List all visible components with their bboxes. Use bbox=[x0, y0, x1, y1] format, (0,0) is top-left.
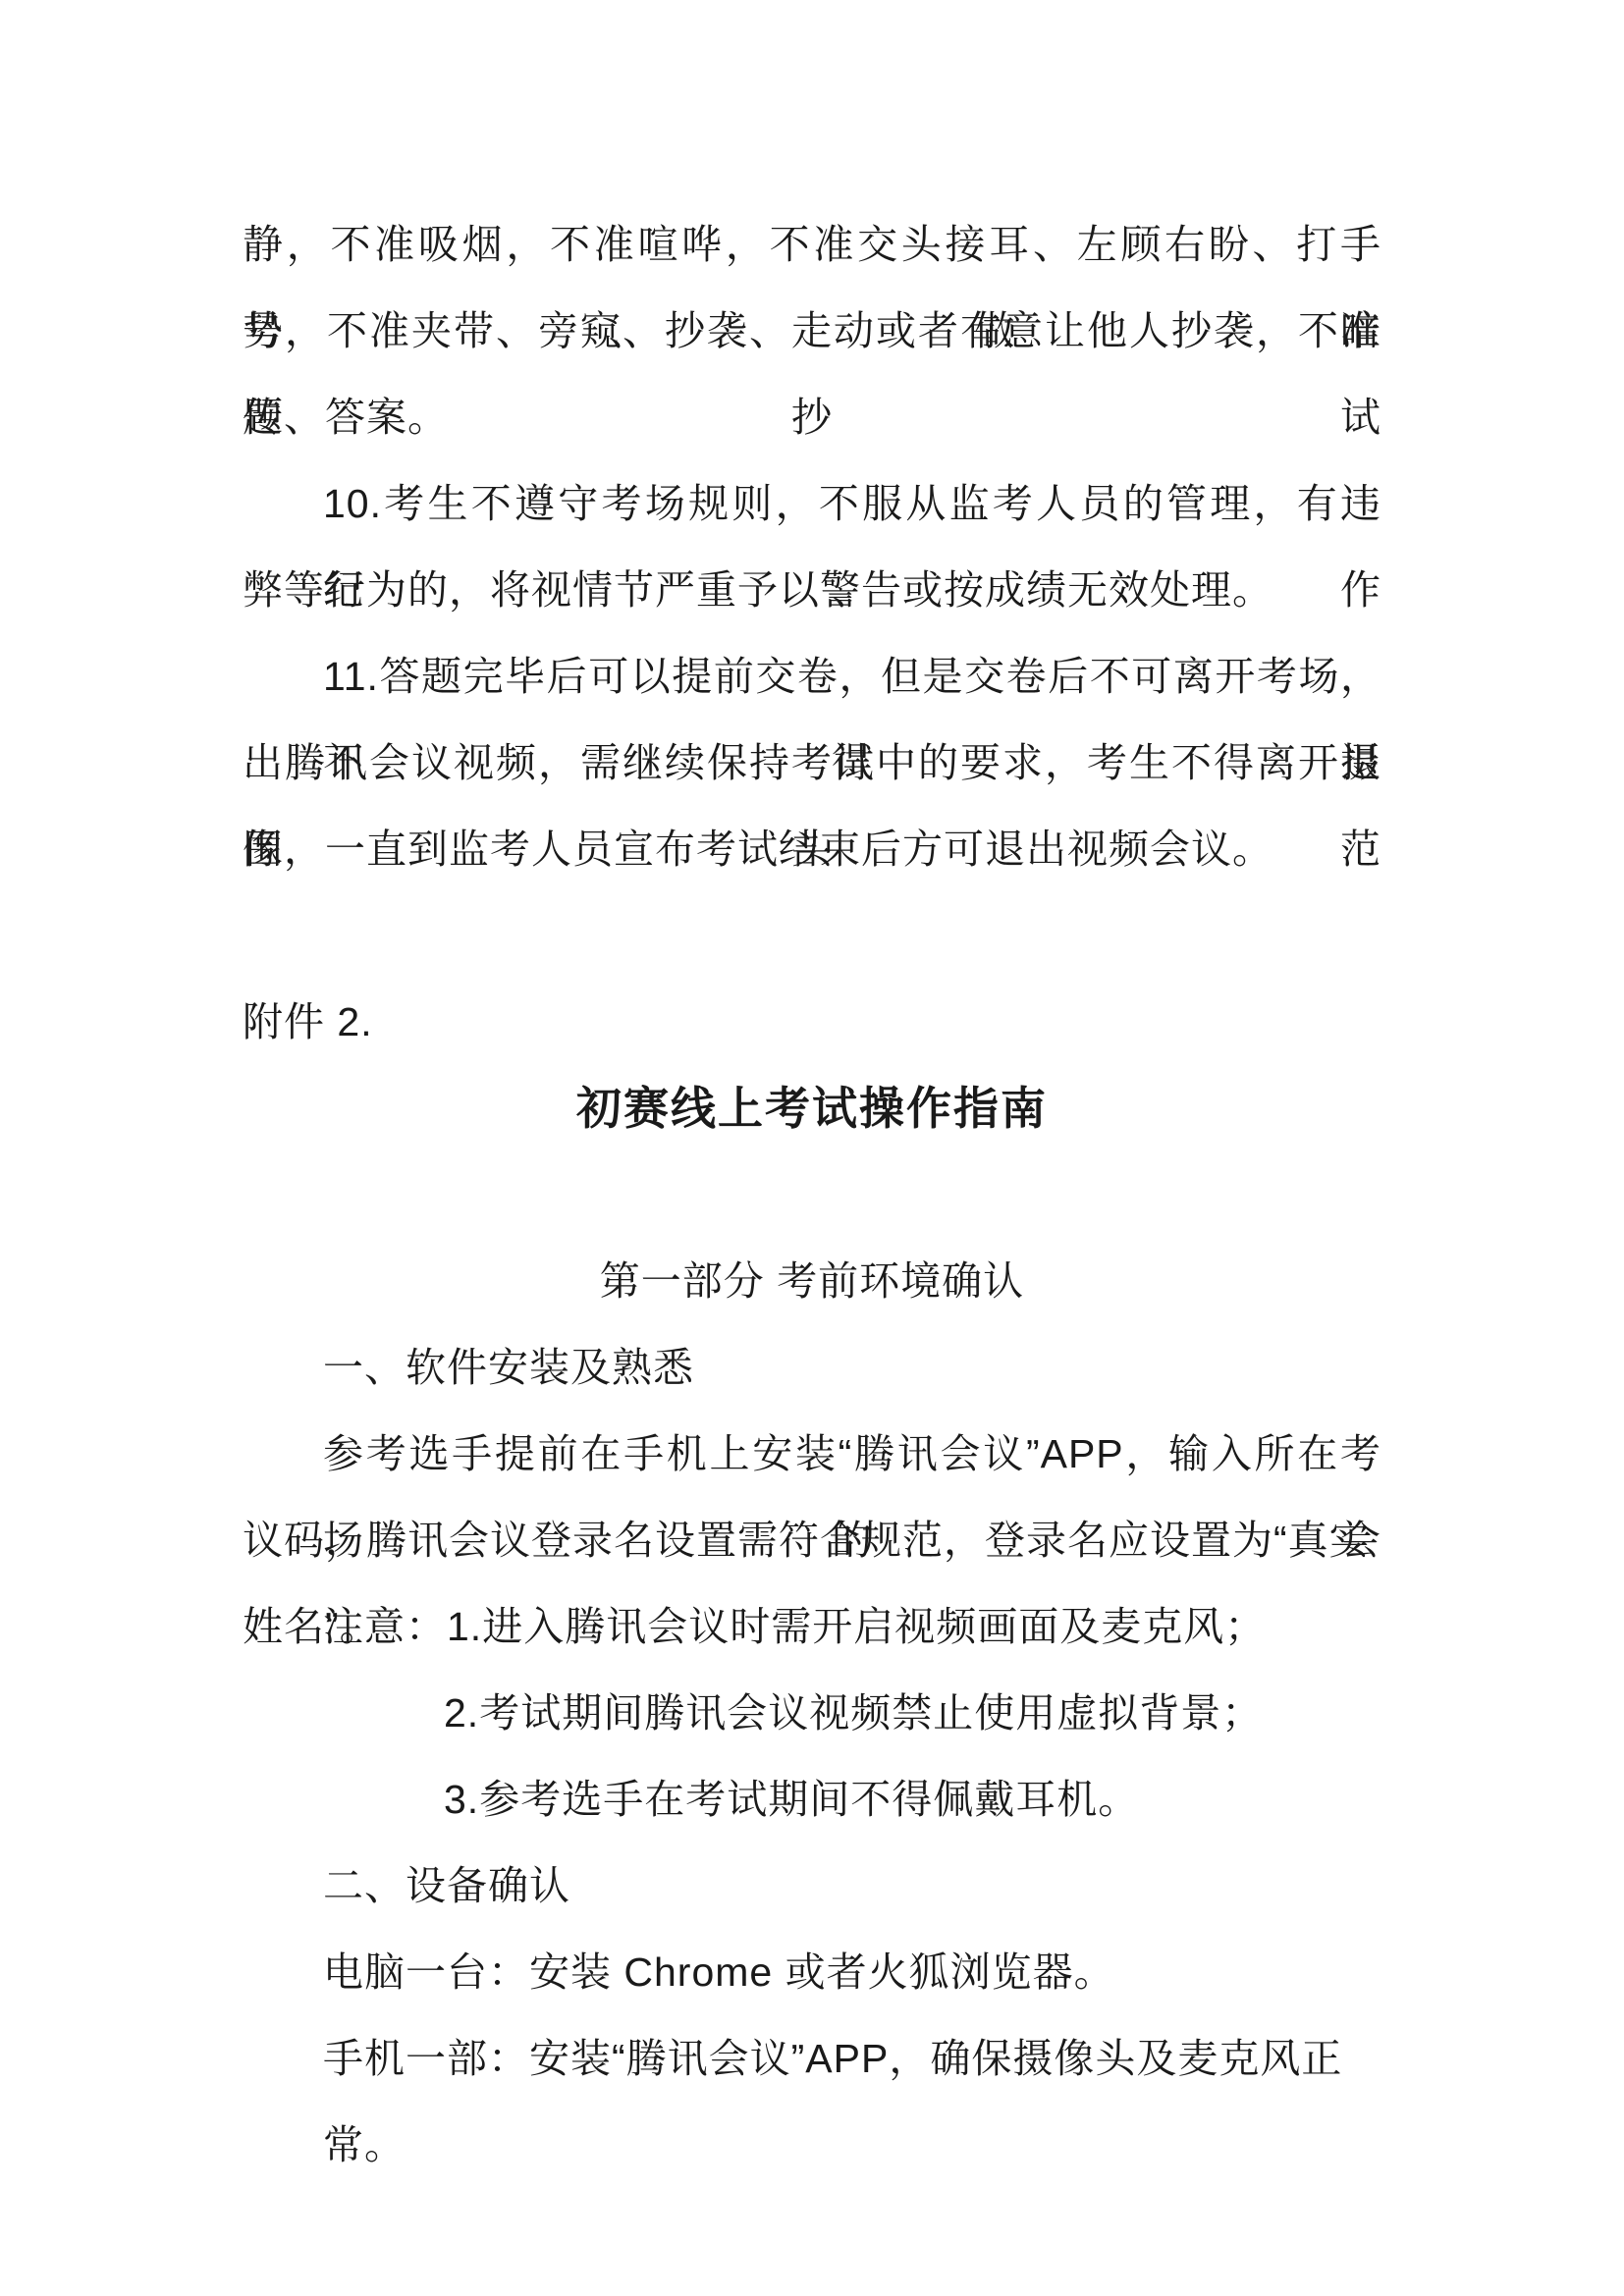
rule-item-10-line-1: 10.考生不遵守考场规则，不服从监考人员的管理，有违纪、作 bbox=[243, 460, 1381, 547]
blank-line bbox=[243, 1151, 1381, 1238]
attachment-2-label: 附件 2. bbox=[243, 979, 1381, 1065]
section-1-heading: 一、软件安装及熟悉 bbox=[243, 1324, 1381, 1411]
device-phone-line: 手机一部：安装“腾讯会议”APP，确保摄像头及麦克风正常。 bbox=[243, 2015, 1381, 2102]
section-1-paragraph-line-2: 议码，腾讯会议登录名设置需符合规范，登录名应设置为“真实姓名”。 bbox=[243, 1497, 1381, 1583]
section-2-heading: 二、设备确认 bbox=[243, 1842, 1381, 1929]
rule-item-11-line-2: 出腾讯会议视频，需继续保持考试中的要求，考生不得离开摄像头范 bbox=[243, 720, 1381, 806]
guide-title: 初赛线上考试操作指南 bbox=[243, 1065, 1381, 1151]
part-1-heading: 第一部分 考前环境确认 bbox=[243, 1238, 1381, 1324]
blank-line bbox=[243, 892, 1381, 979]
document-page: 静，不准吸烟，不准喧哗，不准交头接耳、左顾右盼、打手势、做暗 号，不准夹带、旁窥… bbox=[0, 0, 1624, 2296]
note-item-3: 3.参考选手在考试期间不得佩戴耳机。 bbox=[243, 1756, 1381, 1842]
rules-paragraph-line-2: 号，不准夹带、旁窥、抄袭、走动或者有意让他人抄袭，不准传抄试 bbox=[243, 288, 1381, 374]
rule-item-11-line-3: 围，一直到监考人员宣布考试结束后方可退出视频会议。 bbox=[243, 806, 1381, 892]
rules-paragraph-line-1: 静，不准吸烟，不准喧哗，不准交头接耳、左顾右盼、打手势、做暗 bbox=[243, 201, 1381, 288]
rule-item-10-line-2: 弊等行为的，将视情节严重予以警告或按成绩无效处理。 bbox=[243, 547, 1381, 633]
note-item-2: 2.考试期间腾讯会议视频禁止使用虚拟背景； bbox=[243, 1670, 1381, 1756]
note-item-1: 注意：1.进入腾讯会议时需开启视频画面及麦克风； bbox=[243, 1583, 1381, 1670]
device-computer-line: 电脑一台：安装 Chrome 或者火狐浏览器。 bbox=[243, 1929, 1381, 2015]
rule-item-11-line-1: 11.答题完毕后可以提前交卷，但是交卷后不可离开考场，不得退 bbox=[243, 633, 1381, 720]
section-1-paragraph-line-1: 参考选手提前在手机上安装“腾讯会议”APP，输入所在考场的会 bbox=[243, 1411, 1381, 1497]
